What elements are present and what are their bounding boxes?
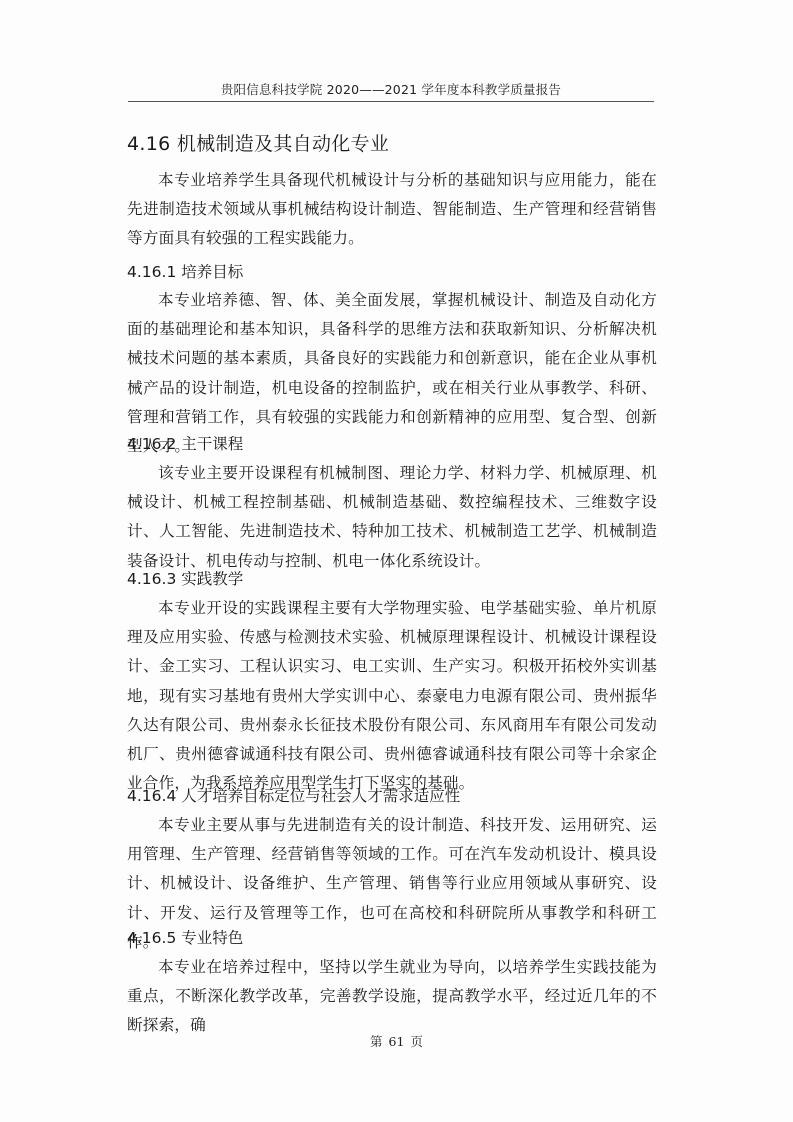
section-title: 4.16 机械制造及其自动化专业 [127,129,389,156]
page-number-prefix: 第 [370,1034,383,1049]
page-number-value: 61 [389,1034,405,1049]
subsection-title-practical-teaching: 4.16.3 实践教学 [127,567,243,589]
section-intro-paragraph: 本专业培养学生具备现代机械设计与分析的基础知识与应用能力，能在先进制造技术领域从… [127,166,657,254]
running-header: 贵阳信息科技学院 2020——2021 学年度本科教学质量报告 [128,82,654,102]
page-number-suffix: 页 [410,1034,423,1049]
subsection-title-talent-positioning: 4.16.4 人才培养目标定位与社会人才需求适应性 [127,784,460,806]
subsection-title-core-courses: 4.16.2 主干课程 [127,432,243,454]
paragraph-core-courses: 该专业主要开设课程有机械制图、理论力学、材料力学、机械原理、机械设计、机械工程控… [127,459,657,576]
subsection-title-training-goals: 4.16.1 培养目标 [127,260,243,282]
paragraph-program-features: 本专业在培养过程中，坚持以学生就业为导向，以培养学生实践技能为重点，不断深化教学… [127,953,657,1041]
subsection-title-program-features: 4.16.5 专业特色 [127,926,243,948]
document-page: 贵阳信息科技学院 2020——2021 学年度本科教学质量报告 4.16 机械制… [0,0,793,1122]
paragraph-practical-teaching: 本专业开设的实践课程主要有大学物理实验、电学基础实验、单片机原理及应用实验、传感… [127,594,657,798]
page-number: 第61页 [0,1032,793,1050]
